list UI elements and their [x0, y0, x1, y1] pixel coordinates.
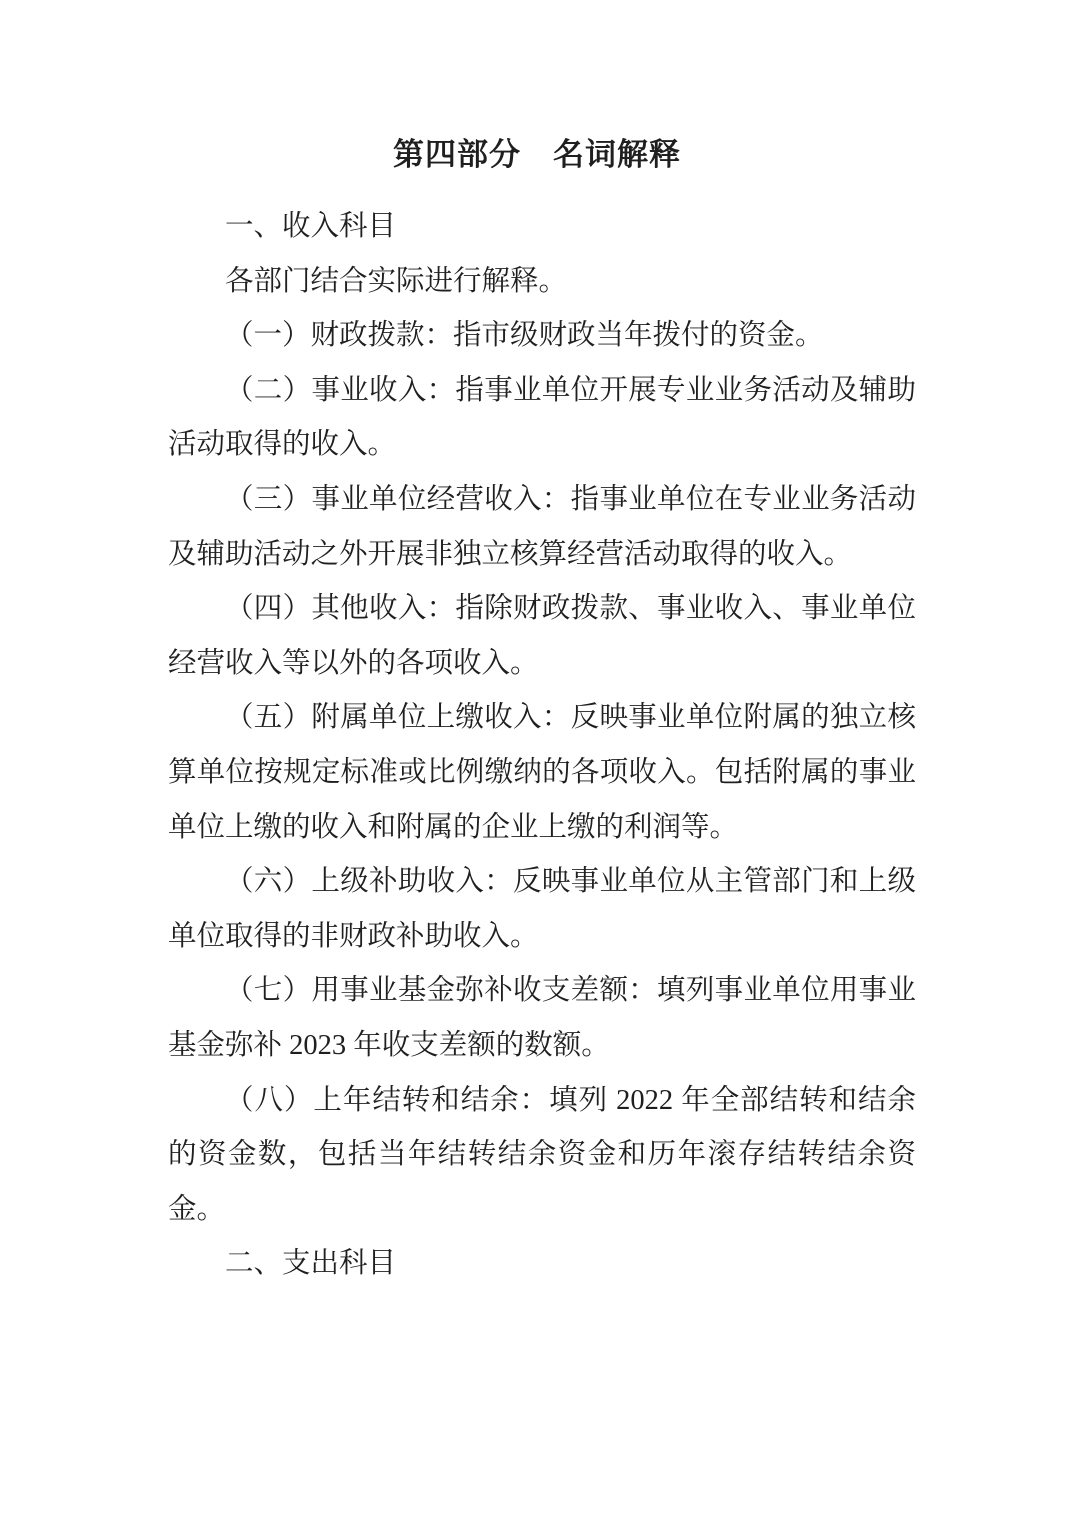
text-line: 的资金数，包括当年结转结余资金和历年滚存结转结余资 [168, 1128, 916, 1183]
text-line: 金。 [168, 1183, 916, 1238]
text-line: （三）事业单位经营收入：指事业单位在专业业务活动 [168, 473, 916, 528]
text-line: （八）上年结转和结余：填列 2022 年全部结转和结余 [168, 1074, 916, 1129]
text-line: 活动取得的收入。 [168, 418, 916, 473]
text-line: 基金弥补 2023 年收支差额的数额。 [168, 1019, 916, 1074]
document-page: 第四部分 名词解释 一、收入科目各部门结合实际进行解释。（一）财政拨款：指市级财… [0, 0, 1074, 1520]
text-line: 及辅助活动之外开展非独立核算经营活动取得的收入。 [168, 528, 916, 583]
text-line: （七）用事业基金弥补收支差额：填列事业单位用事业 [168, 964, 916, 1019]
text-line: 单位取得的非财政补助收入。 [168, 910, 916, 965]
text-line: 二、支出科目 [168, 1237, 916, 1292]
text-line: 一、收入科目 [168, 200, 916, 255]
text-line: 经营收入等以外的各项收入。 [168, 637, 916, 692]
text-line: 各部门结合实际进行解释。 [168, 255, 916, 310]
text-line: （四）其他收入：指除财政拨款、事业收入、事业单位 [168, 582, 916, 637]
page-title: 第四部分 名词解释 [0, 132, 1074, 178]
text-line: （一）财政拨款：指市级财政当年拨付的资金。 [168, 309, 916, 364]
text-line: 算单位按规定标准或比例缴纳的各项收入。包括附属的事业 [168, 746, 916, 801]
document-body: 一、收入科目各部门结合实际进行解释。（一）财政拨款：指市级财政当年拨付的资金。（… [168, 200, 916, 1292]
text-line: （六）上级补助收入：反映事业单位从主管部门和上级 [168, 855, 916, 910]
text-line: （五）附属单位上缴收入：反映事业单位附属的独立核 [168, 691, 916, 746]
text-line: （二）事业收入：指事业单位开展专业业务活动及辅助 [168, 364, 916, 419]
text-line: 单位上缴的收入和附属的企业上缴的利润等。 [168, 801, 916, 856]
